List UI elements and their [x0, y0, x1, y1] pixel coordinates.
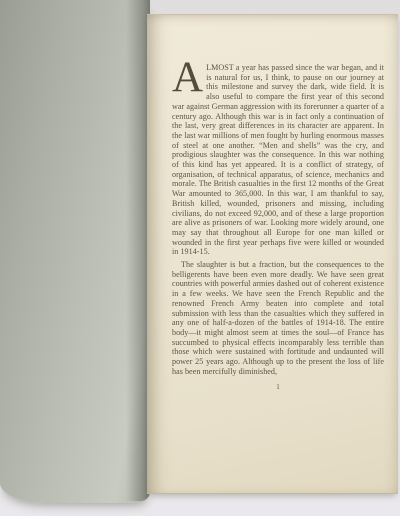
paragraph: ALMOST a year has passed since the war b…: [172, 63, 384, 257]
drop-cap: A: [172, 63, 206, 93]
book-photo: ALMOST a year has passed since the war b…: [0, 0, 400, 516]
text-block: ALMOST a year has passed since the war b…: [172, 63, 384, 391]
page-number: 1: [172, 382, 384, 392]
paragraph: The slaughter is but a fraction, but the…: [172, 260, 384, 376]
book-page: ALMOST a year has passed since the war b…: [147, 14, 398, 494]
